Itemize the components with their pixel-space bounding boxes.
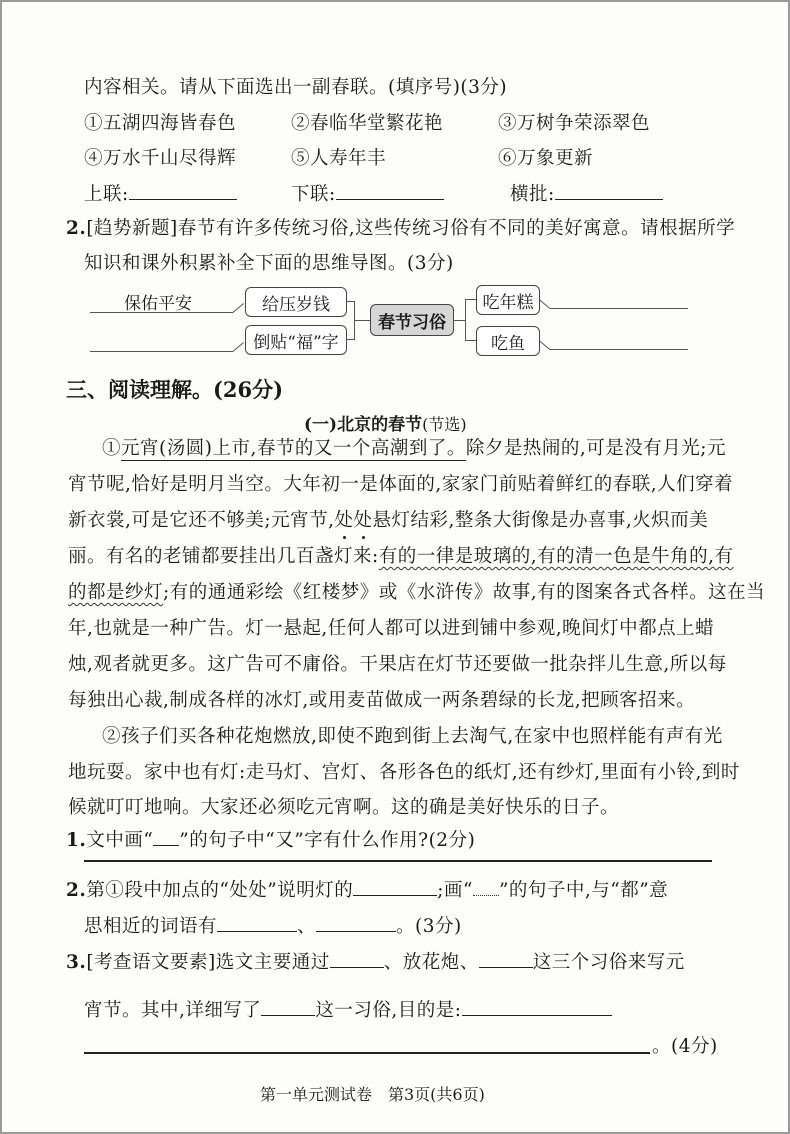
para1-line7: 烛,观者就更多。这广告可不庸俗。干果店在灯节还要做一批杂拌儿生意,所以每 — [68, 656, 727, 675]
para1-line1: ①元宵(汤圆)上市,春节的又一个高潮到了。除夕是热闹的,可是没有月光;元 — [102, 440, 726, 459]
exam-page: 内容相关。请从下面选出一副春联。(填序号)(3分) ①五湖四海皆春色 ②春临华堂… — [2, 2, 788, 1132]
para1-line6: 年,也就是一种广告。灯一悬起,任何人都可以进到铺中参观,晚间灯中都点上蜡 — [68, 620, 714, 639]
q2-blank-3[interactable] — [316, 929, 396, 932]
left-answer-line-1[interactable] — [90, 312, 233, 313]
left-answer-line-2[interactable] — [90, 351, 233, 352]
para2-line1: ②孩子们买各种花炮燃放,即使不跑到街上去淘气,在家中也照样能有声有光 — [102, 728, 723, 747]
mindmap-node-fu-character: 倒贴“福”字 — [245, 325, 347, 355]
couplet-option-1: ①五湖四海皆春色 — [84, 115, 236, 134]
para2-line2: 地玩耍。家中也有灯:走马灯、宫灯、各形各色的纸灯,还有纱灯,里面有小铃,到时 — [68, 764, 740, 783]
para2-line3: 候就叮叮地响。大家还必须吃元宵啊。这的确是美好快乐的日子。 — [68, 799, 619, 818]
q3-blank-2[interactable] — [479, 965, 533, 968]
reading-q2-line1: 2.第①段中加点的“处处”说明灯的;画“”的句子中,与“都”意 — [66, 882, 668, 901]
q2-line2: 知识和课外积累补全下面的思维导图。(3分) — [84, 255, 454, 274]
q3-blank-3[interactable] — [261, 1013, 315, 1016]
q3-blank-1[interactable] — [330, 965, 384, 968]
para1-line4: 丽。有名的老铺都要挂出几百盏灯来:有的一律是玻璃的,有的清一色是牛角的,有 — [68, 548, 734, 567]
q3-answer-line[interactable] — [84, 1052, 650, 1054]
q2-blank-2[interactable] — [217, 929, 297, 932]
wavy-underlined-phrase: 有的一律是玻璃的,有的清一色是牛角的,有 — [379, 546, 734, 567]
reading-q1: 1.文中画“”的句子中“又”字有什么作用?(2分) — [66, 832, 475, 851]
dotted-char: 处 — [354, 510, 373, 531]
q1-instruction: 内容相关。请从下面选出一副春联。(填序号)(3分) — [84, 79, 507, 98]
mindmap-center-node: 春节习俗 — [370, 304, 454, 336]
q3-tag: [考查语文要素] — [86, 952, 215, 973]
section-heading: 三、阅读理解。(26分) — [66, 374, 283, 404]
reading-q2-line2: 思相近的词语有、。(3分) — [84, 918, 462, 937]
q3-blank-4[interactable] — [462, 1013, 612, 1016]
reading-q3-line1: 3.[考查语文要素]选文主要通过、放花炮、这三个习俗来写元 — [66, 954, 685, 973]
wavy-underlined-phrase: 的都是纱灯 — [68, 582, 163, 603]
upper-couplet-blank[interactable] — [129, 197, 237, 200]
q3-score: 。(4分) — [652, 1038, 718, 1057]
meaning-label-1: 保佑平安 — [124, 289, 192, 314]
horizontal-scroll-answer: 横批: — [510, 186, 663, 205]
passage-title: (一)北京的春节(节选) — [304, 410, 467, 435]
couplet-option-5: ⑤人寿年丰 — [291, 150, 386, 169]
para1-line5: 的都是纱灯;有的通通彩绘《红楼梦》或《水浒传》故事,有的图案各式各样。这在当 — [68, 584, 765, 603]
q2-tag: [趋势新题] — [86, 218, 177, 239]
mindmap-node-fish: 吃鱼 — [476, 326, 540, 356]
para1-line8: 每独出心裁,制成各样的冰灯,或用麦苗做成一两条碧绿的长龙,把顾客招来。 — [68, 692, 695, 711]
q2-line1: 2.[趋势新题]春节有许多传统习俗,这些传统习俗有不同的美好寓意。请根据所学 — [66, 220, 735, 239]
mindmap-node-red-envelope: 给压岁钱 — [245, 287, 347, 317]
q1-answer-line[interactable] — [84, 860, 712, 862]
mindmap-node-nian-gao: 吃年糕 — [476, 285, 540, 315]
page-footer: 第一单元测试卷 第3页(共6页) — [260, 1082, 485, 1105]
para1-line3: 新衣裳,可是它还不够美;元宵节,处处悬灯结彩,整条大街像是办喜事,火炽而美 — [68, 512, 708, 531]
right-answer-line-1[interactable] — [550, 308, 688, 309]
para1-line2: 宵节呢,恰好是明月当空。大年初一是体面的,家家门前贴着鲜红的春联,人们穿着 — [68, 476, 733, 495]
dotted-char: 处 — [335, 510, 354, 531]
couplet-option-2: ②春临华堂繁花艳 — [291, 115, 443, 134]
couplet-option-3: ③万树争荣添翠色 — [498, 115, 650, 134]
right-answer-line-2[interactable] — [550, 349, 688, 350]
couplet-option-4: ④万水千山尽得辉 — [84, 150, 236, 169]
horizontal-scroll-blank[interactable] — [555, 197, 663, 200]
lower-couplet-answer: 下联: — [291, 186, 444, 205]
lower-couplet-blank[interactable] — [336, 197, 444, 200]
couplet-option-6: ⑥万象更新 — [498, 150, 593, 169]
underlined-sentence: 元宵(汤圆)上市,春节的又一个高潮到了。 — [121, 438, 466, 461]
q2-blank-1[interactable] — [353, 893, 437, 896]
upper-couplet-answer: 上联: — [84, 186, 237, 205]
reading-q3-line2: 宵节。其中,详细写了这一习俗,目的是: — [84, 1002, 612, 1021]
